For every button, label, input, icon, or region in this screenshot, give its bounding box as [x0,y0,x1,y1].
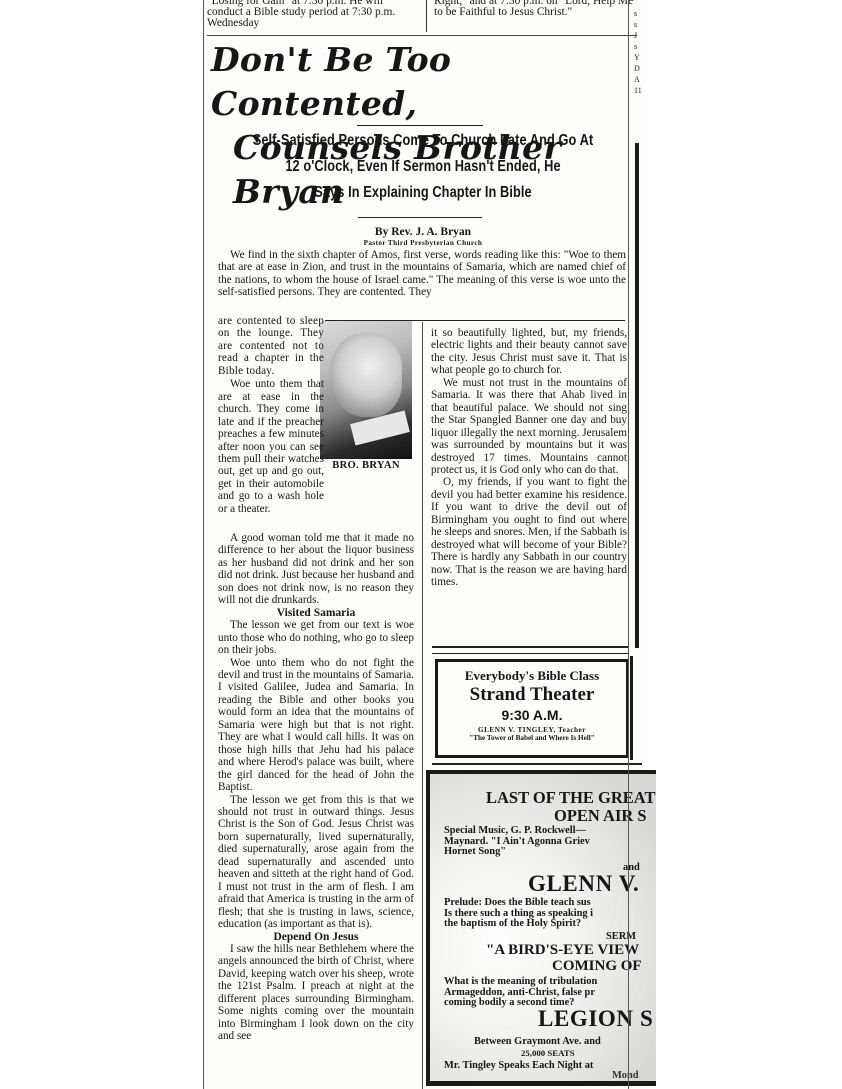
lead-text: We find in the sixth chapter of Amos, fi… [218,249,626,299]
subhead-depend-on-jesus: Depend On Jesus [218,931,414,943]
headline-rule [357,125,483,126]
paragraph: O, my friends, if you want to fight the … [431,476,627,588]
ad-teacher: GLENN V. TINGLEY, Teacher [438,726,626,734]
paragraph-text: Woe unto them that are at ease in the ch… [218,378,324,515]
deck-line-2: 12 o'Clock, Even If Sermon Hasn't Ended,… [243,154,604,180]
newspaper-clipping: "Losing for Gain" at 7:30 p.m. He will c… [203,0,643,1089]
paragraph: are contented to sleep on the lounge. Th… [218,315,324,377]
article-lead-paragraph: We find in the sixth chapter of Amos, fi… [218,249,626,299]
subheadline-deck: Self-Satisfied Persons Come To Church La… [243,128,604,206]
subhead-visited-samaria: Visited Samaria [218,607,414,619]
continuation-right: Right," and at 7:30 p.m. on "Lord, Help … [434,0,639,18]
right-page-rule [628,0,629,1089]
ad-footer: Mr. Tingley Speaks Each Night at [444,1060,593,1071]
paragraph: We must not trust in the mountains of Sa… [431,377,627,477]
ad-topic: "The Tower of Babel and Where Is Hell" [438,734,626,743]
ad-line: Everybody's Bible Class [438,668,626,684]
ad-title-2: OPEN AIR S [554,806,647,826]
ad-open-air-service: LAST OF THE GREAT OPEN AIR S Special Mus… [426,770,656,1086]
ad-title: LAST OF THE GREAT [486,788,655,808]
paragraph: A good woman told me that it made no dif… [218,532,414,607]
ad-venue: LEGION S [538,1006,653,1032]
ad-music-line: Hornet Song" [444,847,590,858]
ad-prelude: Prelude: Does the Bible teach sus Is the… [444,898,593,930]
headline-line-1: Don't Be Too Contented, [203,38,643,126]
deck-line-3: Says In Explaining Chapter In Bible [243,180,604,206]
column-end-rule [432,646,628,648]
column-separator [426,0,427,32]
paragraph: I saw the hills near Bethlehem where the… [218,943,414,1043]
col1-wrap-around-photo: are contented to sleep on the lounge. Th… [218,315,324,377]
right-column-bracket [635,143,639,648]
ad-questions: What is the meaning of tribulation Armag… [444,977,597,1009]
ad-music: Special Music, G. P. Rockwell— Maynard. … [444,826,590,858]
ad-location: Between Graymont Ave. and [474,1036,601,1047]
ad-speaker-name: GLENN V. [528,871,639,897]
ad-footer-2: Mond [612,1070,639,1081]
section-divider [207,35,637,36]
article-column-1: are contented to sleep on the lounge. Th… [218,315,414,515]
ad-prelude-line: Prelude: Does the Bible teach sus [444,898,593,909]
ad-top-rule [432,653,628,654]
continuation-left: "Losing for Gain" at 7:30 p.m. He will c… [207,0,417,29]
paragraph: The lesson we get from this is that we s… [218,794,414,931]
article-column-2: it so beautifully lighted, but, my frien… [431,327,627,589]
ad-sermon-title: "A BIRD'S-EYE VIEW [486,942,639,959]
paragraph: it so beautifully lighted, but, my frien… [431,327,627,377]
ad-bible-class: Everybody's Bible Class Strand Theater 9… [435,659,629,758]
ad-venue: Strand Theater [438,684,626,706]
ad-sermon-label: SERM [606,931,636,942]
ad-bottom-rule [432,763,642,765]
ad-prelude-line: the baptism of the Holy Spirit? [444,919,593,930]
paragraph: The lesson we get from our text is woe u… [218,619,414,656]
col1-wrap-around-photo-2: Woe unto them that are at ease in the ch… [218,378,324,515]
byline: By Rev. J. A. Bryan [203,226,643,238]
previous-article-continuation: "Losing for Gain" at 7:30 p.m. He will c… [207,0,639,32]
right-column-bracket-2 [630,656,633,760]
paragraph: Woe unto them that are at ease in the ch… [218,378,324,515]
ad-question-line: What is the meaning of tribulation [444,977,597,988]
deck-rule [358,217,482,218]
ad-seats: 25,000 SEATS [521,1048,575,1058]
ad-music-line: Special Music, G. P. Rockwell— [444,826,590,837]
ad-time: 9:30 A.M. [438,706,626,724]
article-column-rule [422,322,423,1089]
paragraph: Woe unto them who do not fight the devil… [218,657,414,794]
article-column-1-lower: A good woman told me that it made no dif… [218,532,414,1043]
deck-line-1: Self-Satisfied Persons Come To Church La… [243,128,604,154]
byline-title: Pastor Third Presbyterian Church [203,239,643,247]
adjacent-column-fragments: s s J s Y D A 11 [634,8,642,96]
